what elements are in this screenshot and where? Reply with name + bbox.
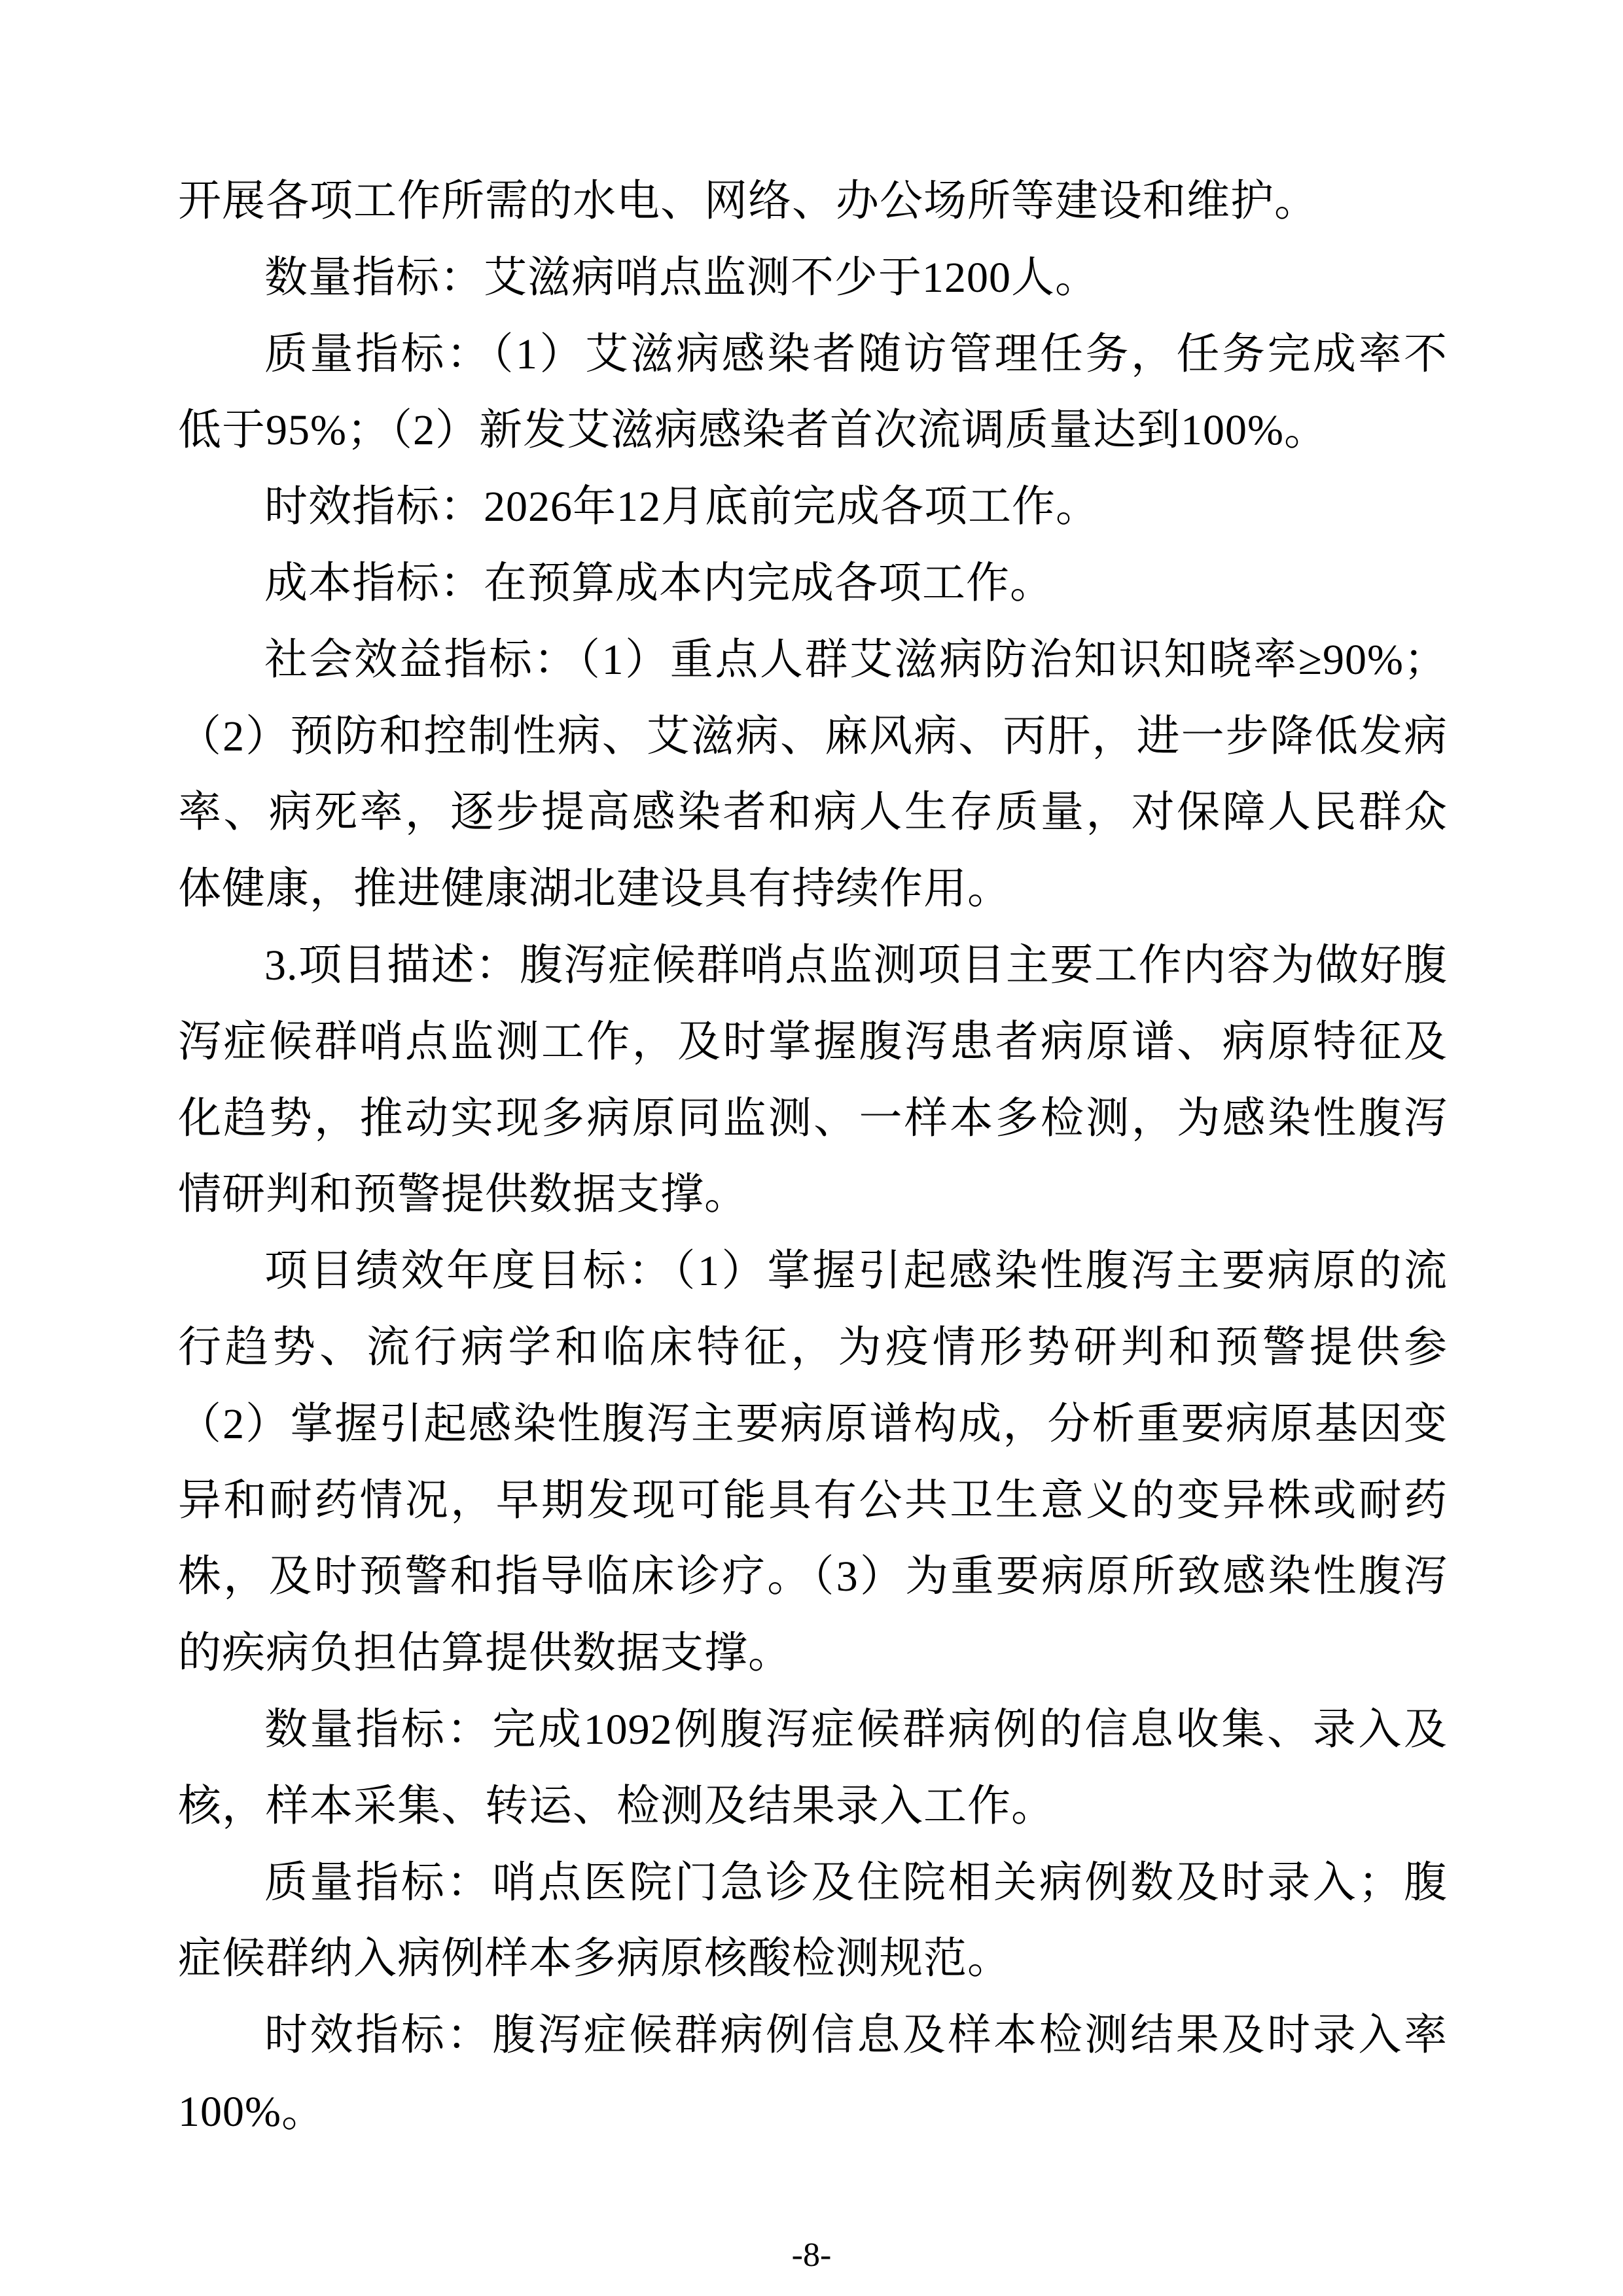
document-line: （2）掌握引起感染性腹泻主要病原谱构成，分析重要病原基因变 (178, 1386, 1448, 1463)
document-line: 数量指标：艾滋病哨点监测不少于1200人。 (178, 240, 1448, 317)
document-lines: 开展各项工作所需的水电、网络、办公场所等建设和维护。数量指标：艾滋病哨点监测不少… (178, 164, 1448, 2151)
document-line: 质量指标：（1）艾滋病感染者随访管理任务，任务完成率不 (178, 317, 1448, 393)
document-line: 的疾病负担估算提供数据支撑。 (178, 1616, 1448, 1692)
document-line: 时效指标：腹泻症候群病例信息及样本检测结果及时录入率 (178, 1998, 1448, 2074)
document-line: 项目绩效年度目标：（1）掌握引起感染性腹泻主要病原的流 (178, 1233, 1448, 1310)
document-line: 社会效益指标：（1）重点人群艾滋病防治知识知晓率≥90%； (178, 622, 1448, 699)
document-body: 开展各项工作所需的水电、网络、办公场所等建设和维护。数量指标：艾滋病哨点监测不少… (178, 164, 1448, 2151)
document-line: 质量指标：哨点医院门急诊及住院相关病例数及时录入；腹泻 (178, 1845, 1448, 1922)
document-line: 核，样本采集、转运、检测及结果录入工作。 (178, 1769, 1448, 1845)
document-line: 开展各项工作所需的水电、网络、办公场所等建设和维护。 (178, 164, 1448, 240)
document-line: 泻症候群哨点监测工作，及时掌握腹泻患者病原谱、病原特征及变 (178, 1004, 1448, 1081)
document-line: 行趋势、流行病学和临床特征，为疫情形势研判和预警提供参考。 (178, 1310, 1448, 1386)
document-line: 异和耐药情况，早期发现可能具有公共卫生意义的变异株或耐药 (178, 1463, 1448, 1540)
document-line: 数量指标：完成1092例腹泻症候群病例的信息收集、录入及审 (178, 1692, 1448, 1769)
document-line: 100%。 (178, 2074, 1448, 2151)
document-page: 开展各项工作所需的水电、网络、办公场所等建设和维护。数量指标：艾滋病哨点监测不少… (0, 0, 1623, 2296)
document-line: 症候群纳入病例样本多病原核酸检测规范。 (178, 1921, 1448, 1998)
document-line: 低于95%；（2）新发艾滋病感染者首次流调质量达到100%。 (178, 393, 1448, 469)
document-line: （2）预防和控制性病、艾滋病、麻风病、丙肝，进一步降低发病 (178, 699, 1448, 775)
document-line: 株，及时预警和指导临床诊疗。（3）为重要病原所致感染性腹泻 (178, 1539, 1448, 1616)
document-line: 3.项目描述：腹泻症候群哨点监测项目主要工作内容为做好腹 (178, 928, 1448, 1004)
document-line: 率、病死率，逐步提高感染者和病人生存质量，对保障人民群众身 (178, 775, 1448, 851)
document-line: 体健康，推进健康湖北建设具有持续作用。 (178, 851, 1448, 928)
document-line: 成本指标：在预算成本内完成各项工作。 (178, 546, 1448, 622)
page-number: -8- (0, 2226, 1623, 2285)
document-line: 化趋势，推动实现多病原同监测、一样本多检测，为感染性腹泻疫 (178, 1081, 1448, 1157)
document-line: 时效指标：2026年12月底前完成各项工作。 (178, 469, 1448, 546)
document-line: 情研判和预警提供数据支撑。 (178, 1157, 1448, 1233)
